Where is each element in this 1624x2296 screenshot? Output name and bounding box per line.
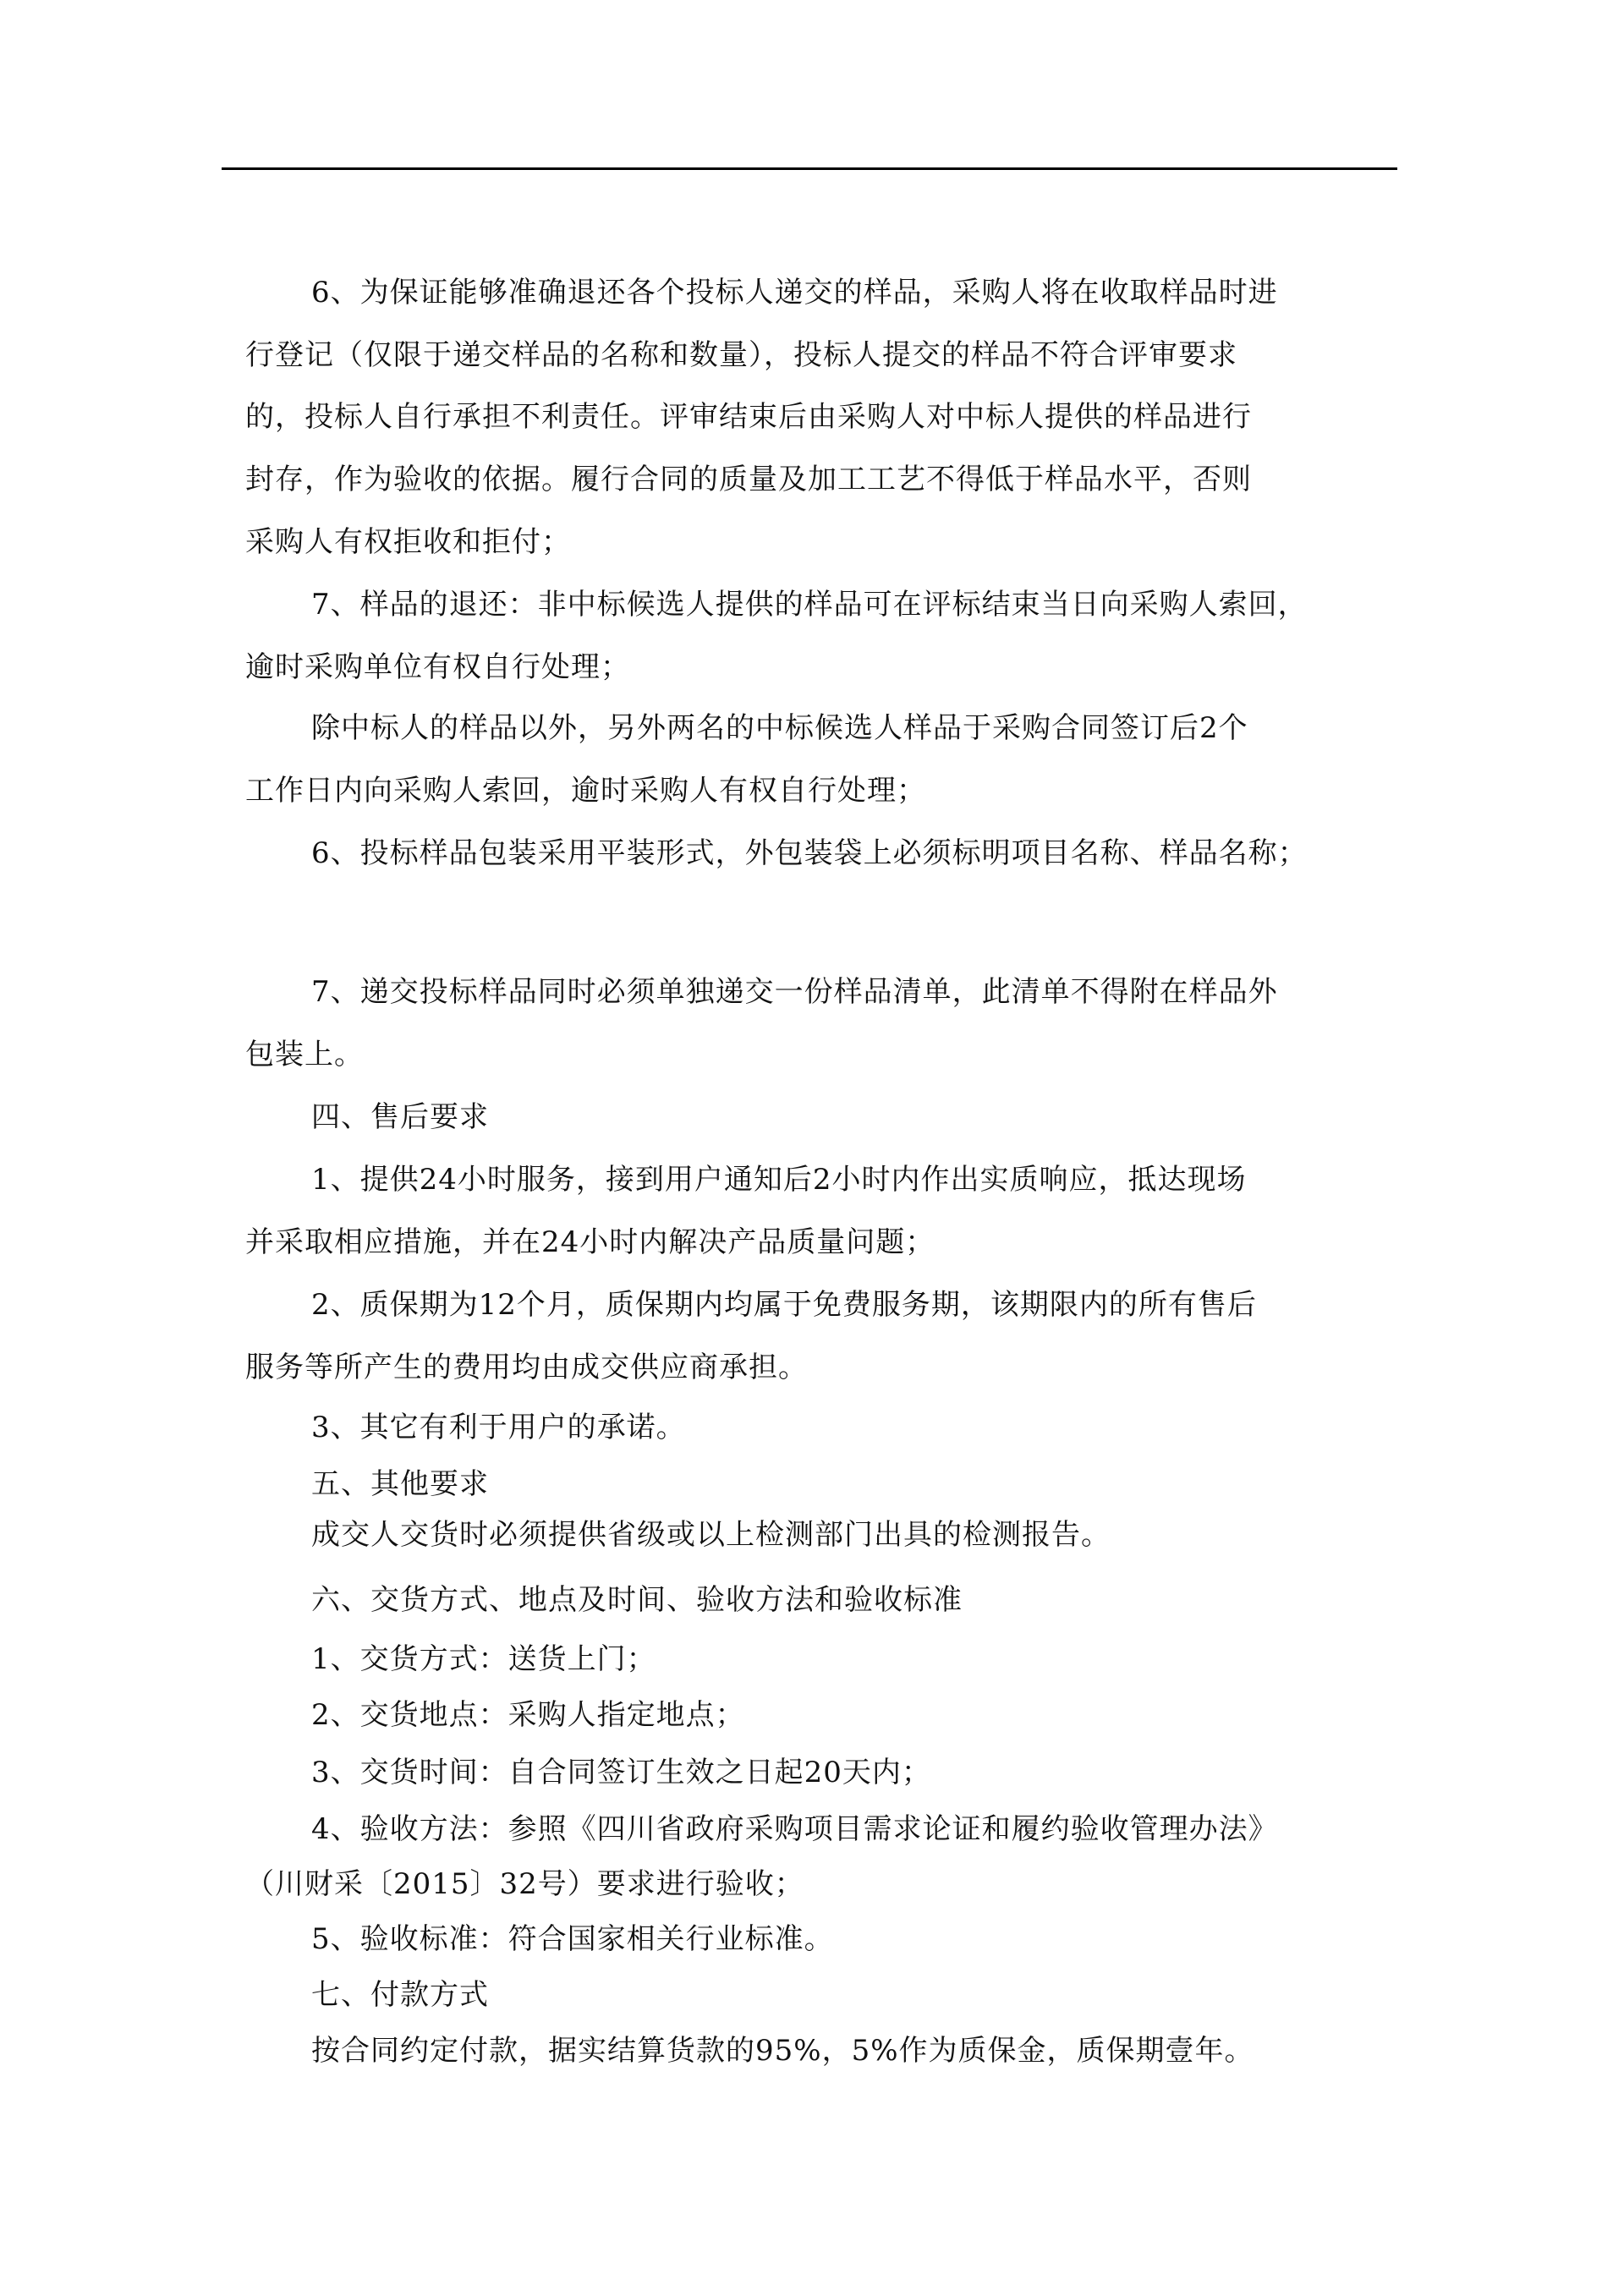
text-line: 2、交货地点：采购人指定地点； [311,1698,745,1732]
text-line: 六、交货方式、地点及时间、验收方法和验收标准 [311,1583,963,1617]
text-line: 5、验收标准：符合国家相关行业标准。 [311,1922,834,1956]
text-line: 七、付款方式 [311,1978,489,2012]
text-line: 工作日内向采购人索回，逾时采购人有权自行处理； [245,774,926,808]
text-line: 采购人有权拒收和拒付； [245,525,571,559]
text-line: 逾时采购单位有权自行处理； [245,650,630,684]
text-line: 3、其它有利于用户的承诺。 [311,1411,686,1444]
document-page: 6、为保证能够准确退还各个投标人递交的样品，采购人将在收取样品时进行登记（仅限于… [0,0,1624,2296]
text-line: 五、其他要求 [311,1467,489,1501]
text-line: 除中标人的样品以外，另外两名的中标候选人样品于采购合同签订后2个 [311,711,1248,745]
text-line: 7、样品的退还：非中标候选人提供的样品可在评标结束当日向采购人索回， [311,588,1308,622]
text-line: 成交人交货时必须提供省级或以上检测部门出具的检测报告。 [311,1518,1111,1552]
text-line: 的，投标人自行承担不利责任。评审结束后由采购人对中标人提供的样品进行 [245,400,1252,434]
text-line: 4、验收方法：参照《四川省政府采购项目需求论证和履约验收管理办法》 [311,1812,1278,1846]
text-line: 封存，作为验收的依据。履行合同的质量及加工工艺不得低于样品水平，否则 [245,463,1252,496]
text-line: 6、投标样品包装采用平装形式，外包装袋上必须标明项目名称、样品名称； [311,836,1308,870]
text-line: 3、交货时间：自合同签订生效之日起20天内； [311,1756,931,1789]
text-line: 行登记（仅限于递交样品的名称和数量），投标人提交的样品不符合评审要求 [245,338,1237,372]
text-line: 6、为保证能够准确退还各个投标人递交的样品，采购人将在收取样品时进 [311,276,1278,310]
text-line: 2、质保期为12个月，质保期内均属于免费服务期，该期限内的所有售后 [311,1288,1257,1322]
text-line: 1、提供24小时服务，接到用户通知后2小时内作出实质响应，抵达现场 [311,1163,1247,1197]
text-line: （川财采〔2015〕32号）要求进行验收； [245,1867,804,1901]
text-line: 包装上。 [245,1038,364,1071]
text-line: 1、交货方式：送货上门； [311,1642,656,1676]
header-rule [222,167,1397,170]
text-line: 按合同约定付款，据实结算货款的95%，5%作为质保金，质保期壹年。 [311,2034,1254,2068]
text-line: 并采取相应措施，并在24小时内解决产品质量问题； [245,1225,935,1259]
text-line: 7、递交投标样品同时必须单独递交一份样品清单，此清单不得附在样品外 [311,975,1278,1009]
text-line: 服务等所产生的费用均由成交供应商承担。 [245,1351,808,1384]
text-line: 四、售后要求 [311,1100,489,1134]
